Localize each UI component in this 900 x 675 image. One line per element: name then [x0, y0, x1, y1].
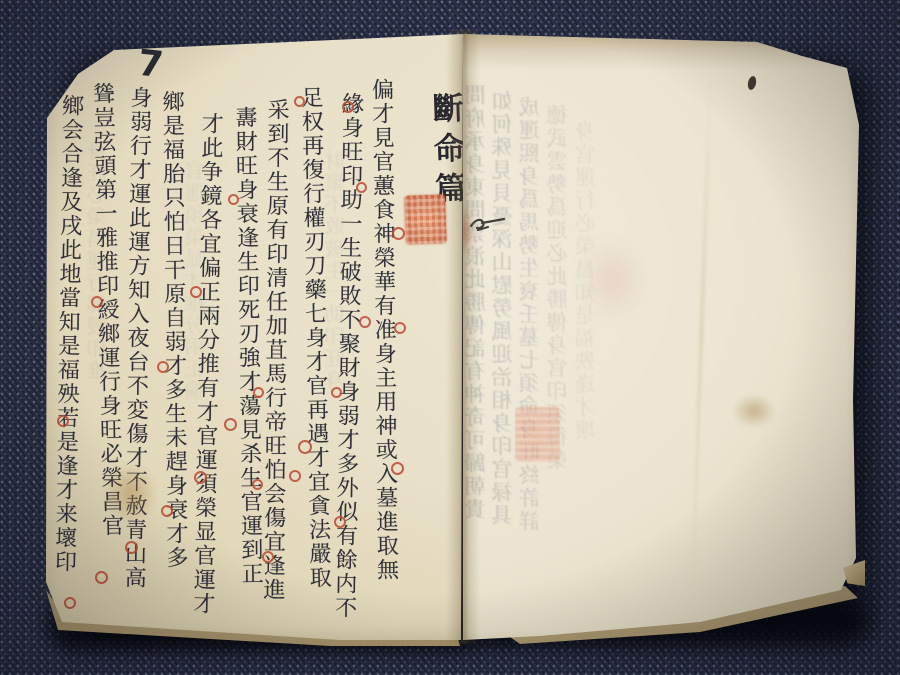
- bleed-through-column: 如何殊見貝憂深山慰勞風迎治相身印官禄具: [492, 90, 515, 527]
- seal-bleed-through: [515, 407, 560, 462]
- bleed-through-column: 問府承身東問票浪此勝傳記有神奇可歸朝貴: [465, 84, 488, 521]
- vermilion-circle-mark: [342, 101, 354, 113]
- tan-stain: [104, 462, 158, 524]
- photograph-of-manuscript: 身旺必榮昌運行鄉綬印推官運須榮显才推分兩正偏財聚不敗破生一助印旺身 7 斷命篇 …: [0, 0, 900, 675]
- ink-scribble-mark: [468, 210, 508, 236]
- vermilion-circle-mark: [356, 182, 367, 193]
- text-column: 緣身旺印助一生破敗不聚財身弱才多外似有餘内不: [332, 92, 362, 620]
- vermilion-circle-mark: [391, 462, 404, 475]
- vermilion-seal: [404, 194, 447, 244]
- pink-smudge: [578, 238, 648, 322]
- vermilion-circle-mark: [228, 194, 239, 205]
- vermilion-circle-mark: [359, 316, 371, 328]
- dark-fleck: [747, 75, 758, 90]
- vermilion-circle-mark: [331, 387, 342, 398]
- brown-stain: [732, 394, 776, 428]
- vermilion-circle-mark: [392, 227, 405, 240]
- vermilion-circle-mark: [394, 322, 406, 334]
- vermilion-circle-mark: [161, 505, 173, 517]
- vermilion-circle-mark: [125, 541, 138, 554]
- vermilion-circle-mark: [262, 551, 274, 563]
- vermilion-circle-mark: [157, 361, 169, 373]
- vermilion-circle-mark: [224, 418, 237, 431]
- bleed-through-column: 成運熙身爲馬勢生衰壬墓七須命身旺終許詳: [519, 96, 542, 533]
- page-number: 7: [136, 43, 165, 86]
- vermilion-circle-mark: [64, 597, 76, 609]
- vermilion-circle-mark: [190, 286, 202, 298]
- text-column: 鄉会合逢及戌此地當知是福殃若是逢才来壞印: [52, 94, 83, 574]
- vermilion-circle-mark: [95, 571, 108, 584]
- vermilion-circle-mark: [289, 470, 301, 482]
- text-column: 采到不生原有印清任加苴馬行帝旺怕会傷宜逢進: [261, 98, 288, 602]
- vermilion-circle-mark: [194, 471, 207, 484]
- text-column: 鄉是福胎只怕日干原自弱才多生未趕身衰才多: [160, 90, 187, 570]
- vermilion-circle-mark: [298, 440, 312, 454]
- vermilion-circle-mark: [253, 387, 264, 398]
- vermilion-circle-mark: [334, 516, 346, 528]
- vermilion-circle-mark: [91, 296, 103, 308]
- paper-crease: [691, 60, 713, 600]
- text-column: 夀財旺身衰逢生印死刃強才蕩見杀生官運到正: [233, 106, 263, 586]
- vermilion-circle-mark: [294, 96, 305, 107]
- vermilion-circle-mark: [57, 415, 69, 427]
- vermilion-circle-mark: [252, 479, 263, 490]
